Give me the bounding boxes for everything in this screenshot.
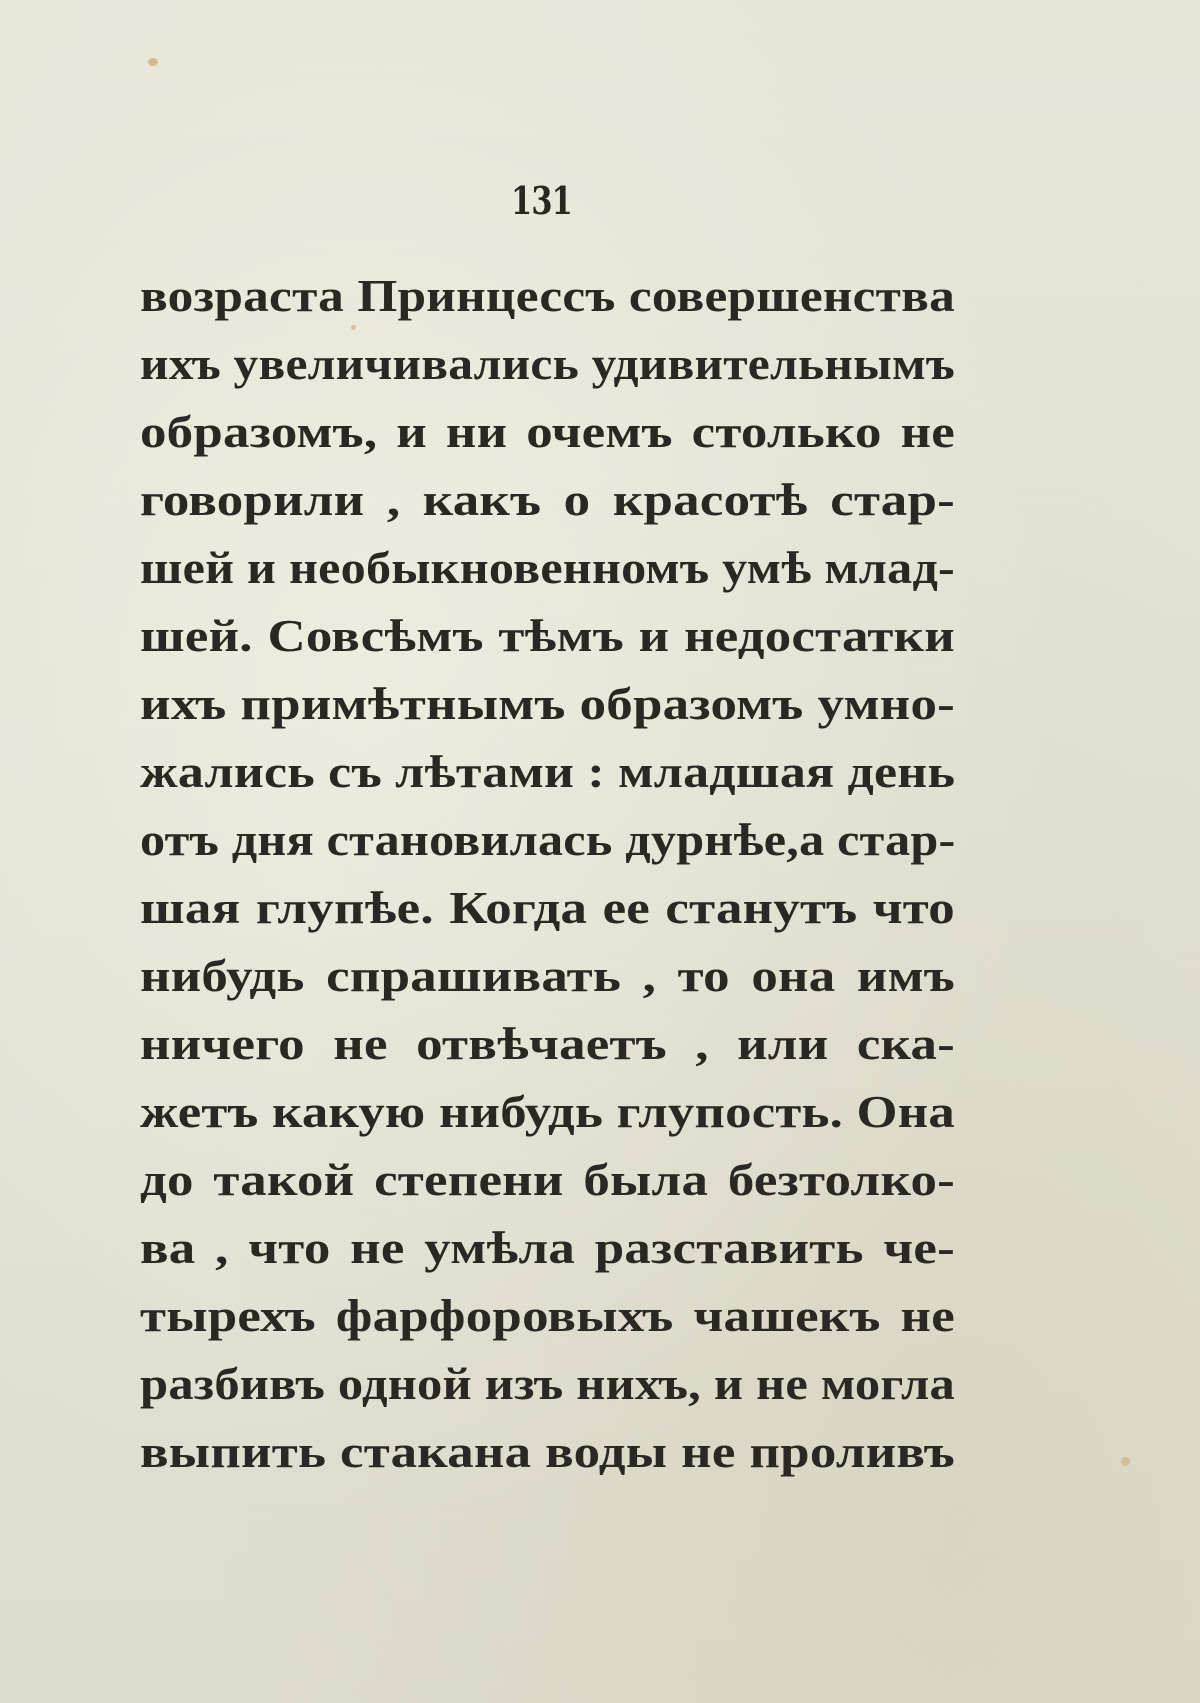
book-page: 131 возраста Принцессъ совершенства ихъ …	[0, 0, 1200, 1703]
page-number: 131	[108, 178, 974, 223]
paper-speck	[148, 58, 158, 66]
text-line: разбивъ одной изъ нихъ, и не могла	[140, 1350, 955, 1418]
text-line: тырехъ фарфоровыхъ чашекъ не	[140, 1282, 955, 1350]
text-line: ничего не отвѣчаетъ , или ска-	[140, 1010, 955, 1078]
text-line: отъ дня становилась дурнѣе,а стар-	[140, 806, 955, 874]
paper-speck	[1121, 1457, 1130, 1466]
text-line: жались съ лѣтами : младшая день	[140, 738, 955, 806]
text-line: нибудь спрашивать , то она имъ	[140, 942, 955, 1010]
text-line: ва , что не умѣла разставить че-	[140, 1214, 955, 1282]
text-line: шей. Совсѣмъ тѣмъ и недостатки	[140, 602, 955, 670]
text-line: ихъ примѣтнымъ образомъ умно-	[140, 670, 955, 738]
text-line: шей и необыкновенномъ умѣ млад-	[140, 534, 955, 602]
body-text: возраста Принцессъ совершенства ихъ увел…	[140, 262, 960, 1486]
text-line: ихъ увеличивались удивительнымъ	[140, 330, 955, 398]
text-line: жетъ какую нибудь глупость. Она	[140, 1078, 955, 1146]
text-line: до такой степени была безтолко-	[140, 1146, 955, 1214]
text-line: выпить стакана воды не проливъ	[140, 1418, 955, 1486]
text-line: возраста Принцессъ совершенства	[140, 262, 955, 330]
text-line: образомъ, и ни очемъ столько не	[140, 398, 955, 466]
text-line: шая глупѣе. Когда ее станутъ что	[140, 874, 955, 942]
text-line: говорили , какъ о красотѣ стар-	[140, 466, 955, 534]
